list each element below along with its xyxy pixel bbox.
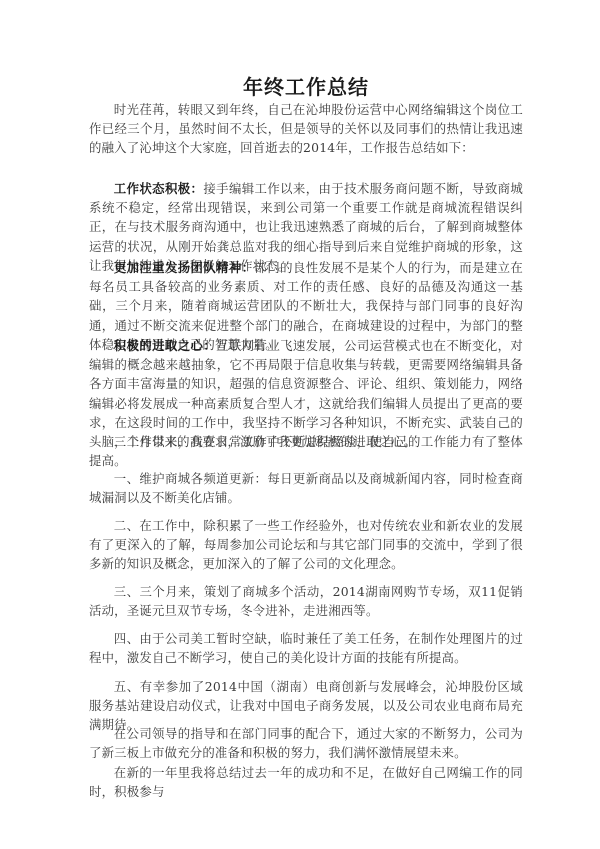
outlook-paragraph: 在公司领导的指导和在部门同事的配合下，通过大家的不断努力，公司为了新三板上市做充… <box>89 724 523 762</box>
paragraph-text: 三、三个月来，策划了商城多个活动，2014湖南网购节专场，双11促销活动，圣诞元… <box>89 584 523 618</box>
paragraph-lead: 积极的进取之心： <box>114 338 216 353</box>
summary-paragraph: 三个月以来，我在日常工作中不断总结经验，使自己的工作能力有了整体提高。 <box>89 432 523 470</box>
paragraph-text: 二、在工作中，除积累了一些工作经验外，也对传统农业和新农业的发展有了更深入的了解… <box>89 518 523 571</box>
item-1-paragraph: 一、维护商城各频道更新：每日更新商品以及商城新闻内容，同时检查商城漏洞以及不断美… <box>89 469 523 507</box>
paragraph-text: 在新的一年里我将总结过去一年的成功和不足，在做好自己网编工作的同时，积极参与 <box>89 765 523 799</box>
paragraph-text: 四、由于公司美工暂时空缺，临时兼任了美工任务，在制作处理图片的过程中，激发自己不… <box>89 631 523 665</box>
item-2-paragraph: 二、在工作中，除积累了一些工作经验外，也对传统农业和新农业的发展有了更深入的了解… <box>89 516 523 574</box>
paragraph-text: 时光荏苒，转眼又到年终，自己在沁坤股份运营中心网络编辑这个岗位工作已经三个月，虽… <box>89 102 523 155</box>
paragraph-text: 在公司领导的指导和在部门同事的配合下，通过大家的不断努力，公司为了新三板上市做充… <box>89 726 523 760</box>
item-4-paragraph: 四、由于公司美工暂时空缺，临时兼任了美工任务，在制作处理图片的过程中，激发自己不… <box>89 629 523 667</box>
paragraph-lead: 工作状态积极： <box>114 181 204 196</box>
paragraph-text: 三个月以来，我在日常工作中不断总结经验，使自己的工作能力有了整体提高。 <box>89 434 523 468</box>
document-title: 年终工作总结 <box>89 71 523 100</box>
paragraph-text: 一、维护商城各频道更新：每日更新商品以及商城新闻内容，同时检查商城漏洞以及不断美… <box>89 471 523 505</box>
paragraph-lead: 更加注重发扬团队精神： <box>114 260 255 275</box>
item-3-paragraph: 三、三个月来，策划了商城多个活动，2014湖南网购节专场，双11促销活动，圣诞元… <box>89 582 523 620</box>
next-year-paragraph: 在新的一年里我将总结过去一年的成功和不足，在做好自己网编工作的同时，积极参与 <box>89 763 523 801</box>
intro-paragraph: 时光荏苒，转眼又到年终，自己在沁坤股份运营中心网络编辑这个岗位工作已经三个月，虽… <box>89 100 523 158</box>
